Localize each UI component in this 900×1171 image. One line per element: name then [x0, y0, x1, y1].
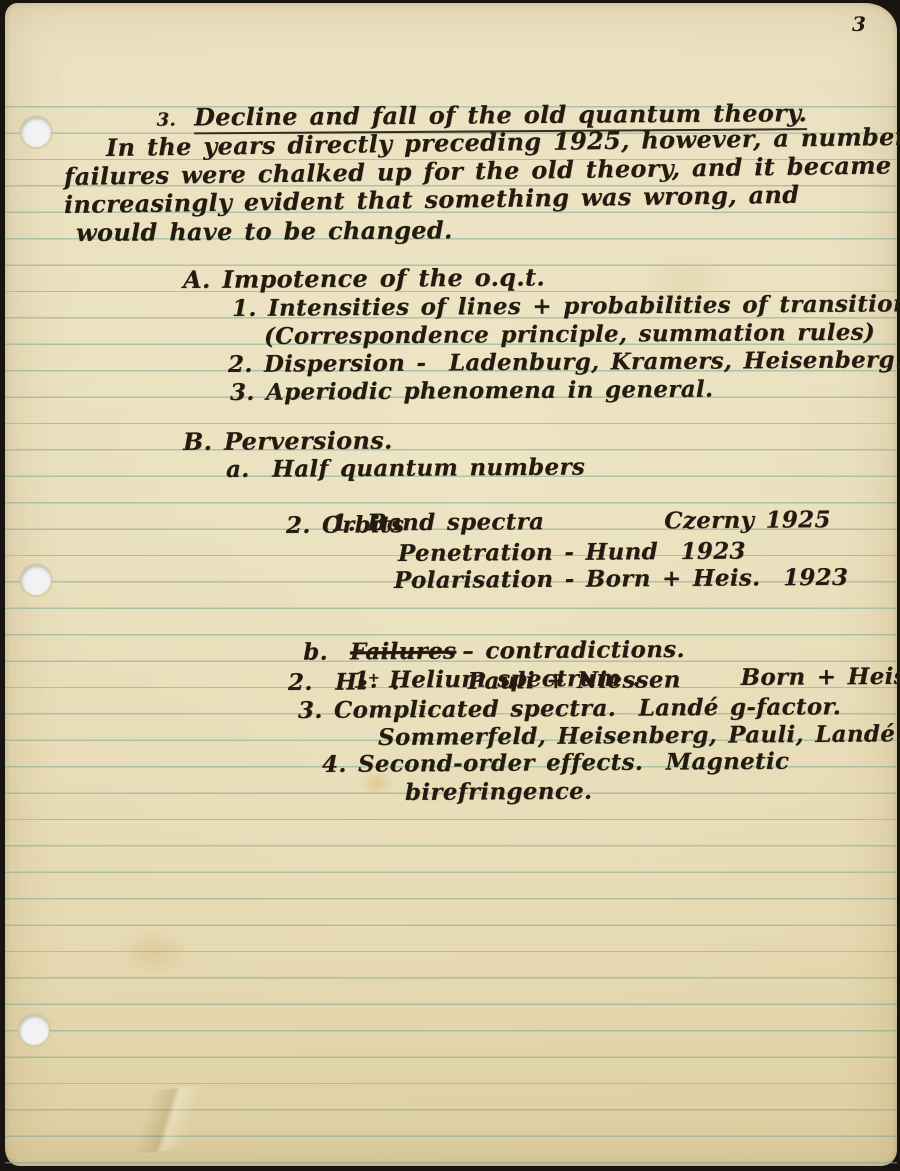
page-number: 3 [852, 12, 866, 36]
punch-hole-middle [21, 565, 51, 595]
sub-a-item-2: 2. Orbits [286, 512, 404, 539]
sub-b-item-4: 4. Second-order effects. Magnetic [322, 749, 789, 779]
scanned-notebook-page: 3 3.Decline and fall of the old quantum … [0, 0, 900, 1171]
sub-a-orbit-polarisation: Polarisation - Born + Heis. 1923 [394, 565, 848, 595]
sub-b-item-3-names: Sommerfeld, Heisenberg, Pauli, Landé. [378, 721, 900, 751]
sub-b-item-2: 2. H₂⁺ . Pauli + Niessen [288, 667, 681, 696]
punch-hole-bottom [19, 1015, 49, 1045]
intro-line-4: would have to be changed. [76, 216, 453, 246]
section-a-item-1: 1. Intensities of lines + probabilities … [232, 291, 900, 322]
section-b-heading: B. Perversions. [183, 427, 393, 456]
section-a-item-2: 2. Dispersion - Ladenburg, Kramers, Heis… [228, 347, 900, 378]
sub-a-item-1-ref: Czerny 1925 [664, 507, 831, 535]
sub-a-orbit-penetration: Penetration - Hund 1923 [398, 539, 746, 568]
sub-a-heading: a. Half quantum numbers [226, 454, 585, 483]
sub-b-item-1-ref: Born + Heis. [741, 663, 900, 691]
title-number: 3. [157, 109, 177, 130]
sub-b-item-3: 3. Complicated spectra. Landé g-factor. [298, 694, 841, 724]
section-a-item-1-note: (Correspondence principle, summation rul… [264, 320, 875, 351]
section-a-heading: A. Impotence of the o.q.t. [183, 263, 545, 293]
section-a-item-3: 3. Aperiodic phenomena in general. [230, 377, 713, 407]
sub-b-item-4-continuation: birefringence. [405, 779, 593, 807]
punch-hole-top [21, 117, 51, 147]
